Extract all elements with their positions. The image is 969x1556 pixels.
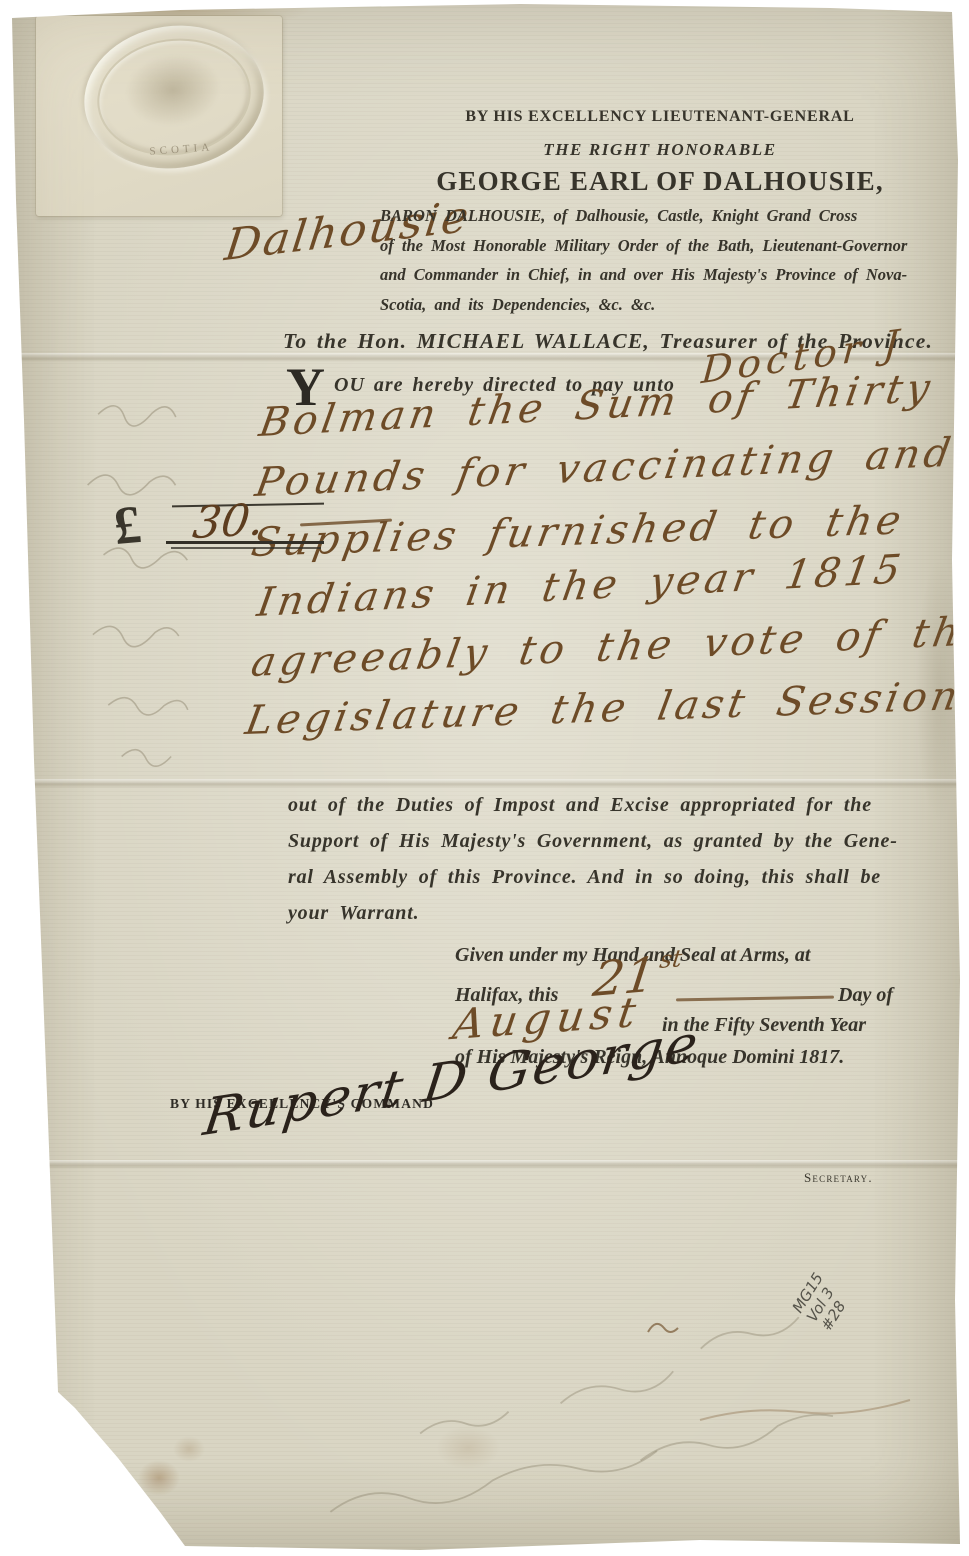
stain-bottom-left-3 (56, 1496, 110, 1540)
paper-vignette (0, 0, 969, 1556)
scanned-document-page: SCOTIA Dalhousie BY HIS EXCELLENCY LIEUT… (0, 0, 969, 1556)
paper-sheet: SCOTIA Dalhousie BY HIS EXCELLENCY LIEUT… (0, 0, 969, 1556)
